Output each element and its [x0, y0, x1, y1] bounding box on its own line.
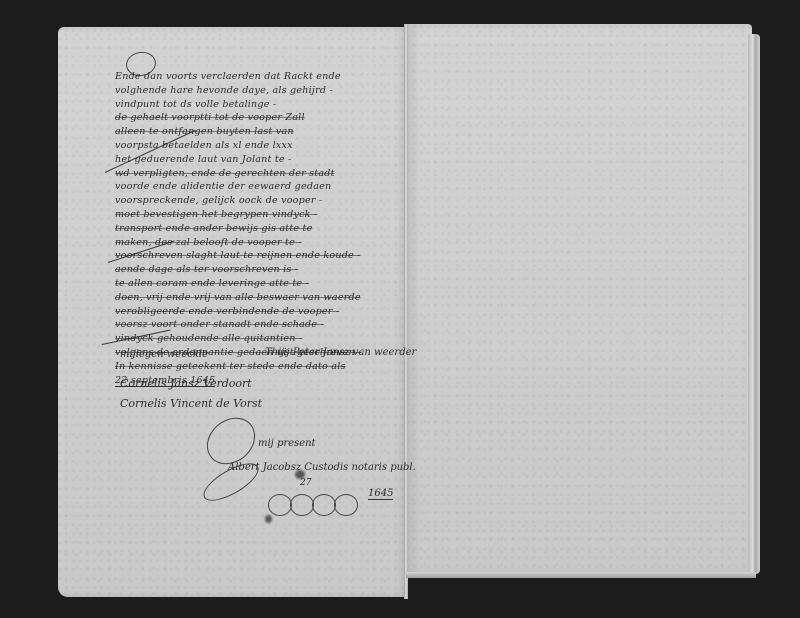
text-line: voorde ende alidentie der eewaerd gedaen [115, 180, 390, 194]
document-spread: Ende dan voorts verclaerden dat Rackt en… [0, 0, 800, 618]
text-line: verobligeerde ende verbindende de vooper… [115, 305, 390, 319]
binding-spine [404, 24, 408, 599]
text-line: In kennisse geteekent ter stede ende dat… [115, 360, 390, 374]
attestation-text: mij present [228, 432, 416, 456]
text-line: transport ende ander bewijs gis atte te [115, 222, 390, 236]
party-signatures: Cornelis Jansz Verdoort Cornelis Vincent… [120, 374, 262, 414]
text-line: voorschreven slaght laut te reijnen ende… [115, 249, 390, 263]
notary-year: 1645 [368, 488, 393, 500]
signature-2: Cornelis Vincent de Vorst [120, 394, 262, 414]
text-line: volghende hare hevonde daye, als gehijrd… [115, 84, 390, 98]
text-line: het geduerende laut van Jolant te - [115, 153, 390, 167]
text-line: doen, vrij ende vrij van alle beswaer va… [115, 291, 390, 305]
text-line: maken, des zal belooft de vooper te - [115, 236, 390, 250]
witness-right: Thijs Peter Jansz van weerder [265, 347, 416, 358]
page-edges-right [748, 34, 760, 574]
right-page [406, 24, 752, 576]
deed-body-text: Ende dan voorts verclaerden dat Rackt en… [115, 70, 390, 387]
text-line: voorsz voort onder stanadt ende schade - [115, 318, 390, 332]
text-line: wd verpligten, ende de gerechten der sta… [115, 167, 390, 181]
paraph-loop-icon [290, 494, 314, 516]
text-line: aende dage als ter voorschreven is - [115, 263, 390, 277]
text-line: vindpunt tot ds volle betalinge - [115, 98, 390, 112]
paraph-loop-icon [312, 494, 336, 516]
page-edges-bottom [406, 572, 756, 578]
paraph-loop-icon [268, 494, 292, 516]
text-line: Ende dan voorts verclaerden dat Rackt en… [115, 70, 390, 84]
text-line: alleen te ontfangen buyten last van [115, 125, 390, 139]
notary-day: 27 [300, 478, 311, 488]
ink-blot [265, 515, 272, 523]
text-line: vindyck gehoudende alle quitantien - [115, 332, 390, 346]
notary-attestation: mij present Albert Jacobsz Custodis nota… [228, 432, 416, 480]
notary-name: Albert Jacobsz Custodis notaris publ. [228, 456, 416, 480]
witness-left: mijlegen weeckle [120, 349, 208, 360]
text-line: te allen coram ende leveringe atte te - [115, 277, 390, 291]
text-line: voorpsta betaelden als xl ende lxxx [115, 139, 390, 153]
signature-1: Cornelis Jansz Verdoort [120, 374, 262, 394]
text-line: moet bevestigen het begrypen vindyck - [115, 208, 390, 222]
text-line: voorspreckende, gelijck oock de vooper - [115, 194, 390, 208]
text-line: de gehaelt voorptti tot de vooper Zall [115, 111, 390, 125]
paraph-loop-icon [334, 494, 358, 516]
